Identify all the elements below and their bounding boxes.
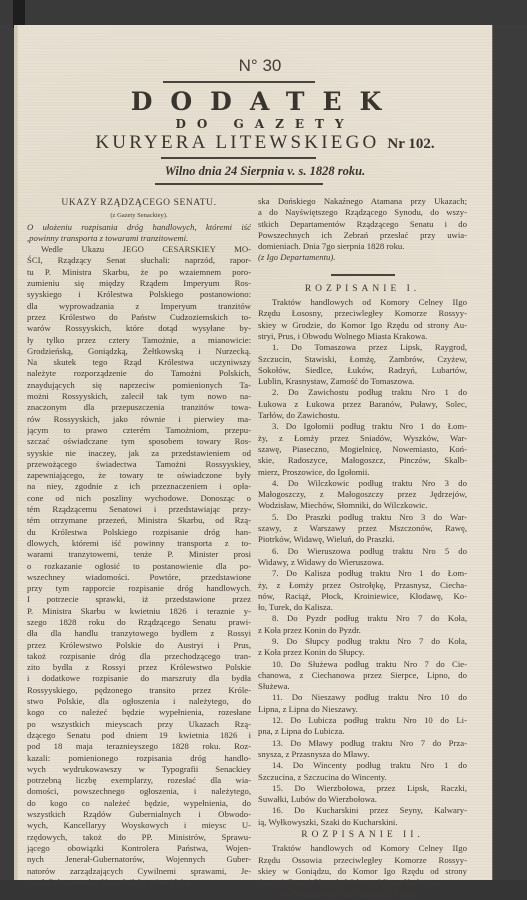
route-line: 12. Do Lubicza podług traktu Nro 10 do L… xyxy=(258,715,467,726)
route-line: ży, z Łomży przez Ostrołękę, Przasnysz, … xyxy=(258,580,467,591)
route-entry: 11. Do Nieszawy podług traktu Nro 10 doL… xyxy=(258,692,467,715)
route-line: 4. Do Wilczkowic podług traktu Nro 3 do xyxy=(258,478,467,489)
route-line: 5. Do Praszki podług traktu Nro 3 do War… xyxy=(258,512,467,523)
route-line: 1. Do Tomaszowa, przez Stawiski, Łomżę, xyxy=(258,889,467,900)
body-line: na niey, zgodnie z ich przeznaczeniem i … xyxy=(27,481,251,492)
route-line: 9. Do Słupcy podług traktu Nro 7 do Koła… xyxy=(258,636,467,647)
paper-number: Nr 102. xyxy=(387,136,434,152)
route-line: Suwałki, Lubów do Wierzbołowa. xyxy=(258,794,467,805)
body-line: Rossyyskiego, pędzonego transito przez K… xyxy=(27,685,251,696)
route-entry: 16. Do Kucharskini przez Seyny, Kalwary-… xyxy=(258,805,467,828)
body-line: o rozkazanie ogłosić to postanowienie dl… xyxy=(27,561,251,572)
route-line: Piotrków, Widawę, Wieluń, do Praszki. xyxy=(258,534,467,545)
body-line: znaczonym dla przepuszczenia tranzitów t… xyxy=(27,402,251,413)
intro-line: Austryi, Prus, i Obwodu Wolnego Miasta K… xyxy=(258,877,467,888)
route-line: Lublin, Krasnystaw, Zamość do Tomaszowa. xyxy=(258,376,467,387)
paper-name-text: KURYERA LITEWSKIEGO xyxy=(95,132,379,153)
body-line: rów Rossyyskich, jako równie i pierwiey … xyxy=(27,414,251,425)
source-note: (z Gazety Senackiey). xyxy=(27,210,251,221)
route-entry: 1. Do Tomaszowa, przez Stawiski, Łomżę, xyxy=(258,889,467,900)
body-line: przewożącego świadectwa Tamożni Rossyysk… xyxy=(27,459,251,470)
route-line: Szczucina, z Szczucina do Wincenty. xyxy=(258,772,467,783)
body-line: dła dla handlu tranzytowego bydłem z Ros… xyxy=(27,628,251,639)
route-line: 13. Do Mławy podług traktu Nro 7 do Prza… xyxy=(258,738,467,749)
route-line: Lipna, z Lipna do Nieszawy. xyxy=(258,704,467,715)
rozpisanie-1-routes: 1. Do Tomaszowa przez Lipsk, Raygrod,Szc… xyxy=(258,342,467,828)
body-line: tém Rządzącemu Senatowi i przedstawiając… xyxy=(27,504,251,515)
route-line: 10. Do Służewa podług traktu Nro 7 do Ci… xyxy=(258,659,467,670)
body-line: kazali: pomienionego rozpisania dróg han… xyxy=(27,753,251,764)
body-line: wych, Kancellaryy Woyskowych i mieysc U- xyxy=(27,820,251,831)
body-line: wych wydrukowawszy w Typografii Senackie… xyxy=(27,764,251,775)
route-entry: 4. Do Wilczkowic podług traktu Nro 3 doM… xyxy=(258,478,467,512)
route-entry: 3. Do Igołomii podług traktu Nro 1 do Ło… xyxy=(258,421,467,477)
route-line: Widawy, z Widawy do Wieruszowa. xyxy=(258,557,467,568)
body-line: syyskiego i Królestwa Polskiego postanow… xyxy=(27,289,251,300)
route-entry: 15. Do Wierzbołowa, przez Lipsk, Raczki,… xyxy=(258,783,467,806)
route-line: 11. Do Nieszawy podług traktu Nro 10 do xyxy=(258,692,467,703)
body-line: rzędowych, takoż do PP. Ministrów, Spraw… xyxy=(27,832,251,843)
rozpisanie-1-intro: Traktów handlowych od Komory Celney IIgo… xyxy=(258,297,467,342)
route-line: Wodzisław, Miechów, Słomniki, do Wilczko… xyxy=(258,500,467,511)
subject-line: ,powinny transporta z towarami tranzitow… xyxy=(27,233,251,244)
body-line: kogo co należeć będzie wypełnienia, roze… xyxy=(27,707,251,718)
masthead-rule-middle xyxy=(161,157,316,159)
body-text: Wedle Ukazu JEGO CESARSKIEY MO-ŚCI, Rząd… xyxy=(27,244,251,888)
route-line: ią, Wyłkowyszki, Szaki do Kucharskini. xyxy=(258,817,467,828)
body-line: tu P. Ministra Skarbu, że po wzaiemnem p… xyxy=(27,267,251,278)
body-line: dzącego Senatu pod dniem 19 kwietnia 182… xyxy=(27,730,251,741)
body-line: natorów zarządzających Cywilnemi sprawam… xyxy=(27,866,251,877)
body-line: znaydujących się naprzeciw pomienionych … xyxy=(27,380,251,391)
body-line: możni Rossyyskich, zalecił tak tym nowo … xyxy=(27,391,251,402)
rozpisanie-2-intro: Traktów handlowych od Komory Celney IIgo… xyxy=(258,843,467,888)
route-entry: 10. Do Służewa podług traktu Nro 7 do Ci… xyxy=(258,659,467,693)
body-line: zito bydła z Rossyi przez Królewstwo Pol… xyxy=(27,662,251,673)
route-line: pna, z Lipna do Lubicza. xyxy=(258,726,467,737)
route-line: chanowa, z Ciechanowa przez Sierpce, Lip… xyxy=(258,670,467,681)
intro-line: skiey w Grodzie, do Komor Igo Rzędu od s… xyxy=(258,320,467,331)
route-line: szawę, Piaseczno, Mogielnicę, Nowemiasto… xyxy=(258,444,467,455)
route-line: z Koła przez Konin do Pyzdr. xyxy=(258,625,467,636)
route-line: Tarłów, do Zawichostu. xyxy=(258,410,467,421)
intro-line: stryi, Prus, i Obwodu Wolnego Miasta Kra… xyxy=(258,331,467,342)
route-entry: 9. Do Słupcy podług traktu Nro 7 do Koła… xyxy=(258,636,467,659)
body-line: i dodatkowe rozpisanie do marszruty dla … xyxy=(27,673,251,684)
continuation-line: domieniach. Dnia 7go sierpnia 1828 roku. xyxy=(258,241,467,252)
section-heading-rozpisanie-1: ROZPISANIE I. xyxy=(258,284,467,295)
intro-line: Traktów handlowych od Komory Celney IIgo xyxy=(258,843,467,854)
route-line: szawy, z Warszawy przez Mszczonów, Rawę, xyxy=(258,523,467,534)
dateline: Wilno dnia 24 Sierpnia v. s. 1828 roku. xyxy=(100,164,430,179)
route-line: 16. Do Kucharskini przez Seyny, Kalwary- xyxy=(258,805,467,816)
body-line: potrzebną liczbę exemplarzy, rozesłać dl… xyxy=(27,775,251,786)
body-line: pod 18 maja teraznieyszego 1828 roku. Ro… xyxy=(27,741,251,752)
section-heading-ukazy: UKAZY RZĄDZĄCEGO SENATU. xyxy=(27,198,251,209)
body-line: du Królestwa Polskiego rozpisanie dróg h… xyxy=(27,527,251,538)
body-line: szczać oświadczane tym sposobem towary R… xyxy=(27,436,251,447)
body-line: należyte rozporządzenie do Tamożni Polsk… xyxy=(27,368,251,379)
route-line: ło, Turek, do Kalisza. xyxy=(258,602,467,613)
subject-block: O ułożeniu rozpisania dróg handlowych, k… xyxy=(27,222,251,245)
route-entry: 7. Do Kalisza podług traktu Nro 1 do Łom… xyxy=(258,568,467,613)
route-entry: 2. Do Zawichostu podług traktu Nro 1 doŁ… xyxy=(258,387,467,421)
body-line: Na skutek tego Rząd Królestwa uczyniwszy xyxy=(27,357,251,368)
body-line: I potrzecie sprawki, iż przedstawione pr… xyxy=(27,594,251,605)
route-line: Służewa. xyxy=(258,681,467,692)
route-line: nów, Raciąż, Płock, Kroiniewice, Kłodawę… xyxy=(258,591,467,602)
continuation-source: (z Igo Departamentu). xyxy=(258,252,467,263)
route-line: 1. Do Tomaszowa przez Lipsk, Raygrod, xyxy=(258,342,467,353)
route-line: Małogoszczy, z Małogoszczy przez Jędrzej… xyxy=(258,489,467,500)
body-line: nych Jenerał-Gubernatorów, Wojennych Gub… xyxy=(27,854,251,865)
route-line: Łukowa z Łukowa przez Baranów, Puławy, S… xyxy=(258,399,467,410)
continuation-line: stkich Departamentów Rządzącego Senatu i… xyxy=(258,219,467,230)
route-line: 15. Do Wierzbołowa, przez Lipsk, Raczki, xyxy=(258,783,467,794)
body-line: zumieniu się między Rządem Imperyum Ros- xyxy=(27,278,251,289)
body-line: warami tranzytowemi, tenże P. Minister p… xyxy=(27,549,251,560)
section-divider xyxy=(331,274,395,276)
binding-strip xyxy=(13,0,25,28)
masthead-title: DODATEK xyxy=(100,87,430,116)
intro-line: skiey w Goniądzu, do Komor Igo Rzędu od … xyxy=(258,866,467,877)
continuation-line: a do Nayświętszego Rządzącego Synodu, do… xyxy=(258,207,467,218)
body-line: do kogo co należeć będzie, wypełnienia, … xyxy=(27,798,251,809)
section-heading-rozpisanie-2: ROZPISANIE II. xyxy=(258,830,467,841)
route-entry: 13. Do Mławy podług traktu Nro 7 do Prza… xyxy=(258,738,467,761)
body-line: cone od nich poszliny wychodowe. Donoszą… xyxy=(27,493,251,504)
route-line: 7. Do Kalisza podług traktu Nro 1 do Łom… xyxy=(258,568,467,579)
intro-line: Traktów handlowych od Komory Celney IIgo xyxy=(258,297,467,308)
body-line: ły tylko przez cztery Tamożnie, a mianow… xyxy=(27,335,251,346)
route-line: 14. Do Wincenty podług traktu Nro 1 do xyxy=(258,760,467,771)
body-line: jącym to prawo czterém Tamożniom, przepu… xyxy=(27,425,251,436)
body-line: warów Rossyyskich, które dotąd wysyłane … xyxy=(27,323,251,334)
route-line: 3. Do Igołomii podług traktu Nro 1 do Ło… xyxy=(258,421,467,432)
body-line: jącego obowiązki Kontrolera Państwa, Woj… xyxy=(27,843,251,854)
route-entry: 8. Do Pyzdr podług traktu Nro 7 do Koła,… xyxy=(258,613,467,636)
body-line: Grodzieńską, Goniądzką, Żełtkowską i Nur… xyxy=(27,346,251,357)
page-fold-edge xyxy=(14,25,18,880)
scanner-background-top xyxy=(0,0,527,25)
body-line: stwo Polskie, dla ogłoszenia i należyteg… xyxy=(27,696,251,707)
body-line: domości, powszechnego ogłoszenia, i nale… xyxy=(27,786,251,797)
route-entry: 5. Do Praszki podług traktu Nro 3 do War… xyxy=(258,512,467,546)
subject-line: O ułożeniu rozpisania dróg handlowych, k… xyxy=(27,222,251,233)
body-line: tém otrzymane przezeń, Ministra Skarbu, … xyxy=(27,515,251,526)
body-line: takoż rozpisanie dróg dla przechodzącego… xyxy=(27,651,251,662)
masthead-rule-top xyxy=(163,81,315,83)
body-line: dlowych, któremi iść powinny transporta … xyxy=(27,538,251,549)
body-line: przez Królestwo do Państw Cudzoziemskich… xyxy=(27,312,251,323)
route-entry: 12. Do Lubicza podług traktu Nro 10 do L… xyxy=(258,715,467,738)
paper-name: KURYERA LITEWSKIEGO Nr 102. xyxy=(30,132,500,154)
left-column: UKAZY RZĄDZĄCEGO SENATU. (z Gazety Senac… xyxy=(27,196,251,888)
body-line: przy tym rapporcie rozpisanie dróg handl… xyxy=(27,583,251,594)
continuation-line: Powszechnych ich Zebrań przesłać przy uw… xyxy=(258,230,467,241)
route-line: z Koła przez Konin do Słupcy. xyxy=(258,647,467,658)
body-line: szego 1828 roku do Rządzącego Senatu pra… xyxy=(27,617,251,628)
route-line: mierz, Proszowice, do Igołomii. xyxy=(258,467,467,478)
body-line: Wedle Ukazu JEGO CESARSKIEY MO- xyxy=(27,244,251,255)
body-line: wszystkich Rządów Gubernialnych i Obwodo… xyxy=(27,809,251,820)
masthead-subtitle: DO GAZETY xyxy=(130,117,400,131)
route-line: Szczucin, Stawiski, Łomżę, Zambrów, Czyż… xyxy=(258,354,467,365)
route-line: 2. Do Zawichostu podług traktu Nro 1 do xyxy=(258,387,467,398)
body-line: P. Ministra Skarbu w kwietniu 1826 i ter… xyxy=(27,606,251,617)
intro-line: Rzędu Ossowia przeciwległey Komorze Ross… xyxy=(258,855,467,866)
body-line: dla wyprowadzania z Imperyum tranzitów xyxy=(27,301,251,312)
route-entry: 1. Do Tomaszowa przez Lipsk, Raygrod,Szc… xyxy=(258,342,467,387)
body-line: zapewniającego, że towary te oświadczone… xyxy=(27,470,251,481)
continuation-text: ska Dońskiego Nakaźnego Atamana przy Uka… xyxy=(258,196,467,252)
masthead-rule-bottom xyxy=(155,183,323,185)
body-line: syyskie nie inaczey, jak za przedstawien… xyxy=(27,448,251,459)
body-line: ŚCI, Rządzący Senat słuchali: naprzód, r… xyxy=(27,255,251,266)
route-entry: 6. Do Wieruszowa podług traktu Nro 5 doW… xyxy=(258,546,467,569)
right-column: ska Dońskiego Nakaźnego Atamana przy Uka… xyxy=(258,196,467,900)
route-line: 8. Do Pyzdr podług traktu Nro 7 do Koła, xyxy=(258,613,467,624)
route-line: skie, Radoszyce, Małogoszcz, Pinczów, Sk… xyxy=(258,455,467,466)
rozpisanie-2-routes: 1. Do Tomaszowa, przez Stawiski, Łomżę, xyxy=(258,889,467,900)
route-entry: 14. Do Wincenty podług traktu Nro 1 doSz… xyxy=(258,760,467,783)
body-line: przez Królewstwo Polskie do Austryi i Pr… xyxy=(27,640,251,651)
intro-line: Rzędu Łososny, przeciwległey Komorze Ros… xyxy=(258,308,467,319)
route-line: Sokołów, Siedlce, Łuków, Radzyń, Lubartó… xyxy=(258,365,467,376)
continuation-line: ska Dońskiego Nakaźnego Atamana przy Uka… xyxy=(258,196,467,207)
issue-number: N° 30 xyxy=(200,56,320,76)
route-line: snysza, z Przasnysza do Mławy. xyxy=(258,749,467,760)
body-line: po wszystkich mieyscach przy Ukazach Rzą… xyxy=(27,719,251,730)
route-line: ży, z Łomży przez Sniadów, Wyszków, War- xyxy=(258,433,467,444)
body-line: wszechney wiadomości. Powtóre, przedstaw… xyxy=(27,572,251,583)
route-line: 6. Do Wieruszowa podług traktu Nro 5 do xyxy=(258,546,467,557)
body-line: nerał-Gubernatorów, Naczelników miast i … xyxy=(27,877,251,888)
